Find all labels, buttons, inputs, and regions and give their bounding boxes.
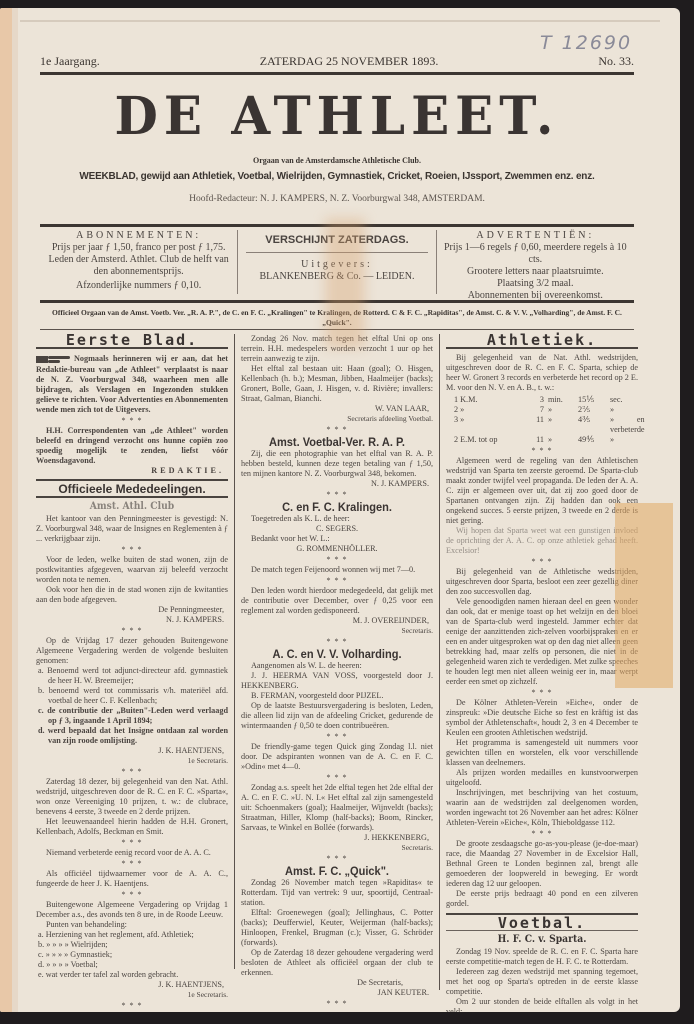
paragraph: Aangenomen als W. L. de heeren: [241,661,433,671]
list-item: a. Benoemd werd tot adjunct-directeur af… [48,666,228,686]
ornament-stars: * * * [241,773,433,782]
volume: 1e Jaargang. [40,54,100,69]
paragraph: Op de Zaterdag 18 dezer gehoudene vergad… [241,948,433,978]
signature-role: Secretaris. [241,626,433,636]
paragraph: Bij gelegenheid van de Athletische wedst… [446,567,638,597]
records-table: 1 K.M.3min.15⅕sec.2 »7»2⅖»3 »11»4⅗» en v… [454,395,638,445]
handwritten-catalog-note: T 12690 [540,32,632,54]
ornament-stars: * * * [36,890,228,899]
signature-name: M. J. OVEREIJNDER, [241,616,433,626]
page-edge [0,8,12,1012]
paragraph: Vele genoodigden namen hieraan deel en g… [446,597,638,687]
list-item: c. » » » » Gymnastiek; [48,950,228,960]
subsection-title-kralingen: C. en F. C. Kralingen. [249,502,426,512]
ornament-stars: * * * [241,490,433,499]
signature-name: J. K. HAENTJENS, [36,746,228,756]
advertisements-line: Plaatsing 3/2 maal. [437,278,634,290]
editor-line: Hoofd-Redacteur: N. J. KAMPERS, N. Z. Vo… [40,194,634,204]
list-item: d. werd bepaald dat het Insigne ontdaan … [48,726,228,746]
ornament-stars: * * * [36,859,228,868]
ornament-stars: * * * [36,838,228,847]
ornament-stars: * * * [241,999,433,1008]
agenda-list: a. Herziening van het reglement, afd. At… [36,930,228,980]
signature-name: N. J. KAMPERS. [241,479,433,489]
top-crease [20,20,660,22]
advertisements-box: ADVERTENTIËN: Prijs 1—6 regels ƒ 0,60, m… [437,230,634,294]
section-title-officieele: Officieele Mededeelingen. [36,479,228,498]
list-item: c. de contributie der „Buiten"-Leden wer… [48,706,228,726]
record-cell-dist: 2 E.M. tot op [454,435,518,445]
ornament-stars: * * * [241,555,433,564]
pointing-hand-icon [36,353,72,365]
list-item: e. wat verder ter tafel zal worden gebra… [48,970,228,980]
paragraph: Zij, die een photographie van het elftal… [241,449,433,479]
signature-role: Secretaris. [241,843,433,853]
paragraph: De friendly-game tegen Quick ging Zondag… [241,742,433,772]
record-cell-note: » [606,405,645,415]
record-cell-unit: » [544,405,574,415]
signature-role: Secretaris afdeeling Voetbal. [241,414,433,424]
paragraph: Punten van behandeling: [36,920,228,930]
signature-name: J. K. HAENTJENS, [36,980,228,990]
paragraph: Als prijzen worden medailles en kunstvoo… [446,768,638,788]
ornament-stars: * * * [241,637,433,646]
subsection-title-volharding: A. C. en V. V. Volharding. [249,649,426,659]
paragraph: Het programma is samengesteld uit nummer… [446,738,638,768]
list-item: d. » » » » Voetbal; [48,960,228,970]
paragraph: Den leden wordt hierdoor medegedeeld, da… [241,586,433,616]
subsection-title-rap: Amst. Voetbal-Ver. R. A. P. [249,437,426,447]
ornament-stars: * * * [241,854,433,863]
subscriptions-box: ABONNEMENTEN: Prijs per jaar ƒ 1,50, fra… [40,230,237,294]
page-edge-inner [12,8,18,1012]
paragraph: Toegetreden als K. L. de heer: [241,514,433,524]
record-cell-sec: 49⅘ [574,435,606,445]
ornament-stars: * * * [36,1001,228,1010]
advertisements-line: Prijs 1—6 regels ƒ 0,60, meerdere regels… [437,242,634,266]
paragraph: Op de laatste Bestuursvergadering is bes… [241,701,433,731]
paper-stain [325,218,365,348]
ornament-stars: * * * [36,626,228,635]
ornament-stars: * * * [241,425,433,434]
column-middle: Zondag 26 Nov. match tegen het elftal Un… [235,334,440,990]
divider [40,72,634,75]
list-item: b. » » » » Wielrijden; [48,940,228,950]
ornament-stars: * * * [241,576,433,585]
signature-name: JAN KEUTER. [241,988,433,998]
paragraph: Op de Vrijdag 17 dezer gehouden Buitenge… [36,636,228,666]
issue-number: No. 33. [598,54,634,69]
paragraph: Iedereen zag dezen wedstrijd met spannin… [446,967,638,997]
ornament-stars: * * * [36,416,228,425]
ornament-stars: * * * [446,688,638,697]
record-cell-min: 3 [518,395,544,405]
ornament-stars: * * * [446,829,638,838]
record-cell-dist: 3 » [454,415,518,435]
section-title-voetbal: Voetbal. [446,913,638,931]
record-cell-note: » en verbeterde [606,415,645,435]
subsection-title-club: Amst. Athl. Club [44,502,221,512]
record-cell-unit: » [544,415,574,435]
signature-role: 1e Secretaris. [36,990,228,1000]
paragraph: Het kantoor van den Penningmeester is ge… [36,514,228,544]
record-cell-min: 11 [518,415,544,435]
signature-name: N. J. KAMPERS. [36,615,228,625]
record-cell-note: » [606,435,645,445]
paragraph: Elftal: Groenewegen (goal); Jellinghaus,… [241,908,433,948]
ornament-stars: * * * [241,732,433,741]
correspondents-paragraph: H.H. Correspondenten van „de Athleet" wo… [36,426,228,466]
paragraph: Bij gelegenheid van de Nat. Athl. wedstr… [446,353,638,393]
newspaper-page: T 12690 1e Jaargang. ZATERDAG 25 NOVEMBE… [0,8,680,1012]
record-cell-dist: 2 » [454,405,518,415]
signature-redaktie: REDAKTIE. [36,466,228,476]
section-title-athletiek: Athletiek. [446,334,638,349]
paper-stain [615,503,673,688]
column-left: Eerste Blad. Nogmaals herinneren wij er … [30,334,235,969]
subscriptions-title: ABONNEMENTEN: [40,230,237,242]
list-item: b. benoemd werd tot commissaris v/h. mat… [48,686,228,706]
article-columns: Eerste Blad. Nogmaals herinneren wij er … [30,334,644,1012]
section-title-eerste-blad: Eerste Blad. [36,334,228,349]
subscriptions-text: Prijs per jaar ƒ 1,50, franco per post ƒ… [40,242,237,278]
signature-name: J. HEKKENBERG, [241,833,433,843]
issue-date: ZATERDAG 25 NOVEMBER 1893. [260,54,439,69]
paragraph: Om 2 uur stonden de beide elftallen als … [446,997,638,1012]
record-cell-note: sec. [606,395,645,405]
paragraph: Zondag 26 November match tegen »Rapidita… [241,878,433,908]
signature-role: 1e Secretaris. [36,756,228,766]
paragraph: Het elftal zal bestaan uit: Haan (goal);… [241,364,433,404]
signature-role: De Penningmeester, [36,605,228,615]
list-item: a. Herziening van het reglement, afd. At… [48,930,228,940]
paragraph: Ook voor hen die in de stad wonen zijn d… [36,585,228,605]
notice-paragraph: Nogmaals herinneren wij er aan, dat het … [36,353,228,415]
paragraph: Zaterdag 18 dezer, bij gelegenheid van d… [36,777,228,817]
advertisements-title: ADVERTENTIËN: [437,230,634,242]
paragraph: Wij hopen dat Sparta weet wat een gunsti… [446,526,638,556]
signature-name: W. VAN LAAR, [241,404,433,414]
decisions-list: a. Benoemd werd tot adjunct-directeur af… [36,666,228,746]
subscriptions-single: Afzonderlijke nummers ƒ 0,10. [40,280,237,292]
member-name: G. ROMMENHÖLLER. [241,544,433,554]
paragraph: Algemeen werd de regeling van den Athlet… [446,456,638,526]
record-cell-unit: » [544,435,574,445]
record-cell-min: 11 [518,435,544,445]
record-cell-min: 7 [518,405,544,415]
paragraph: Het leeuwenaandeel hierin hadden de H.H.… [36,817,228,837]
ornament-stars: * * * [36,767,228,776]
paragraph: De match tegen Feijenoord wonnen wij met… [241,565,433,575]
masthead-title: DE ATHLEET. [40,85,634,147]
ornament-stars: * * * [446,557,638,566]
paragraph: Buitengewone Algemeene Vergadering op Vr… [36,900,228,920]
ornament-stars: * * * [446,446,638,455]
record-cell-dist: 1 K.M. [454,395,518,405]
paragraph: Bedankt voor het W. L.: [241,534,433,544]
record-cell-unit: min. [544,395,574,405]
paragraph: Niemand verbeterde eenig record voor de … [36,848,228,858]
record-cell-sec: 4⅗ [574,415,606,435]
paragraph: Zondag a.s. speelt het 2de elftal tegen … [241,783,433,833]
paragraph: De groote zesdaagsche go-as-you-please (… [446,839,638,889]
signature-role: De Secretaris, [241,978,433,988]
record-cell-sec: 2⅖ [574,405,606,415]
paragraph: Voor de leden, welke buiten de stad wone… [36,555,228,585]
paragraph: J. J. HEERMA VAN VOSS, voorgesteld door … [241,671,433,691]
organ-subtitle: Orgaan van de Amsterdamsche Athletische … [40,156,634,165]
subsection-title-hfc-sparta: H. F. C. v. Sparta. [454,935,631,945]
paragraph: De Kölner Athleten-Verein »Eiche«, onder… [446,698,638,738]
advertisements-line: Grootere letters naar plaatsruimte. [437,266,634,278]
paragraph: Als officiëel tijdwaarnemer voor de A. A… [36,869,228,889]
paragraph: Zondag 19 Nov. speelde de R. C. en F. C.… [446,947,638,967]
column-right: Athletiek. Bij gelegenheid van de Nat. A… [440,334,644,1012]
paragraph: B. FERMAN, voorgesteld door PIJZEL. [241,691,433,701]
record-cell-sec: 15⅕ [574,395,606,405]
member-name: C. SEGERS. [241,524,433,534]
dateline: 1e Jaargang. ZATERDAG 25 NOVEMBER 1893. … [40,54,634,69]
subsection-title-quick: Amst. F. C. „Quick". [249,866,426,876]
ornament-stars: * * * [36,545,228,554]
paragraph: De eerste prijs bedraagt 40 pond en een … [446,889,638,909]
weekblad-subtitle: WEEKBLAD, gewijd aan Athletiek, Voetbal,… [49,170,625,182]
paragraph: Inschrijvingen, met beschrijving van het… [446,788,638,828]
